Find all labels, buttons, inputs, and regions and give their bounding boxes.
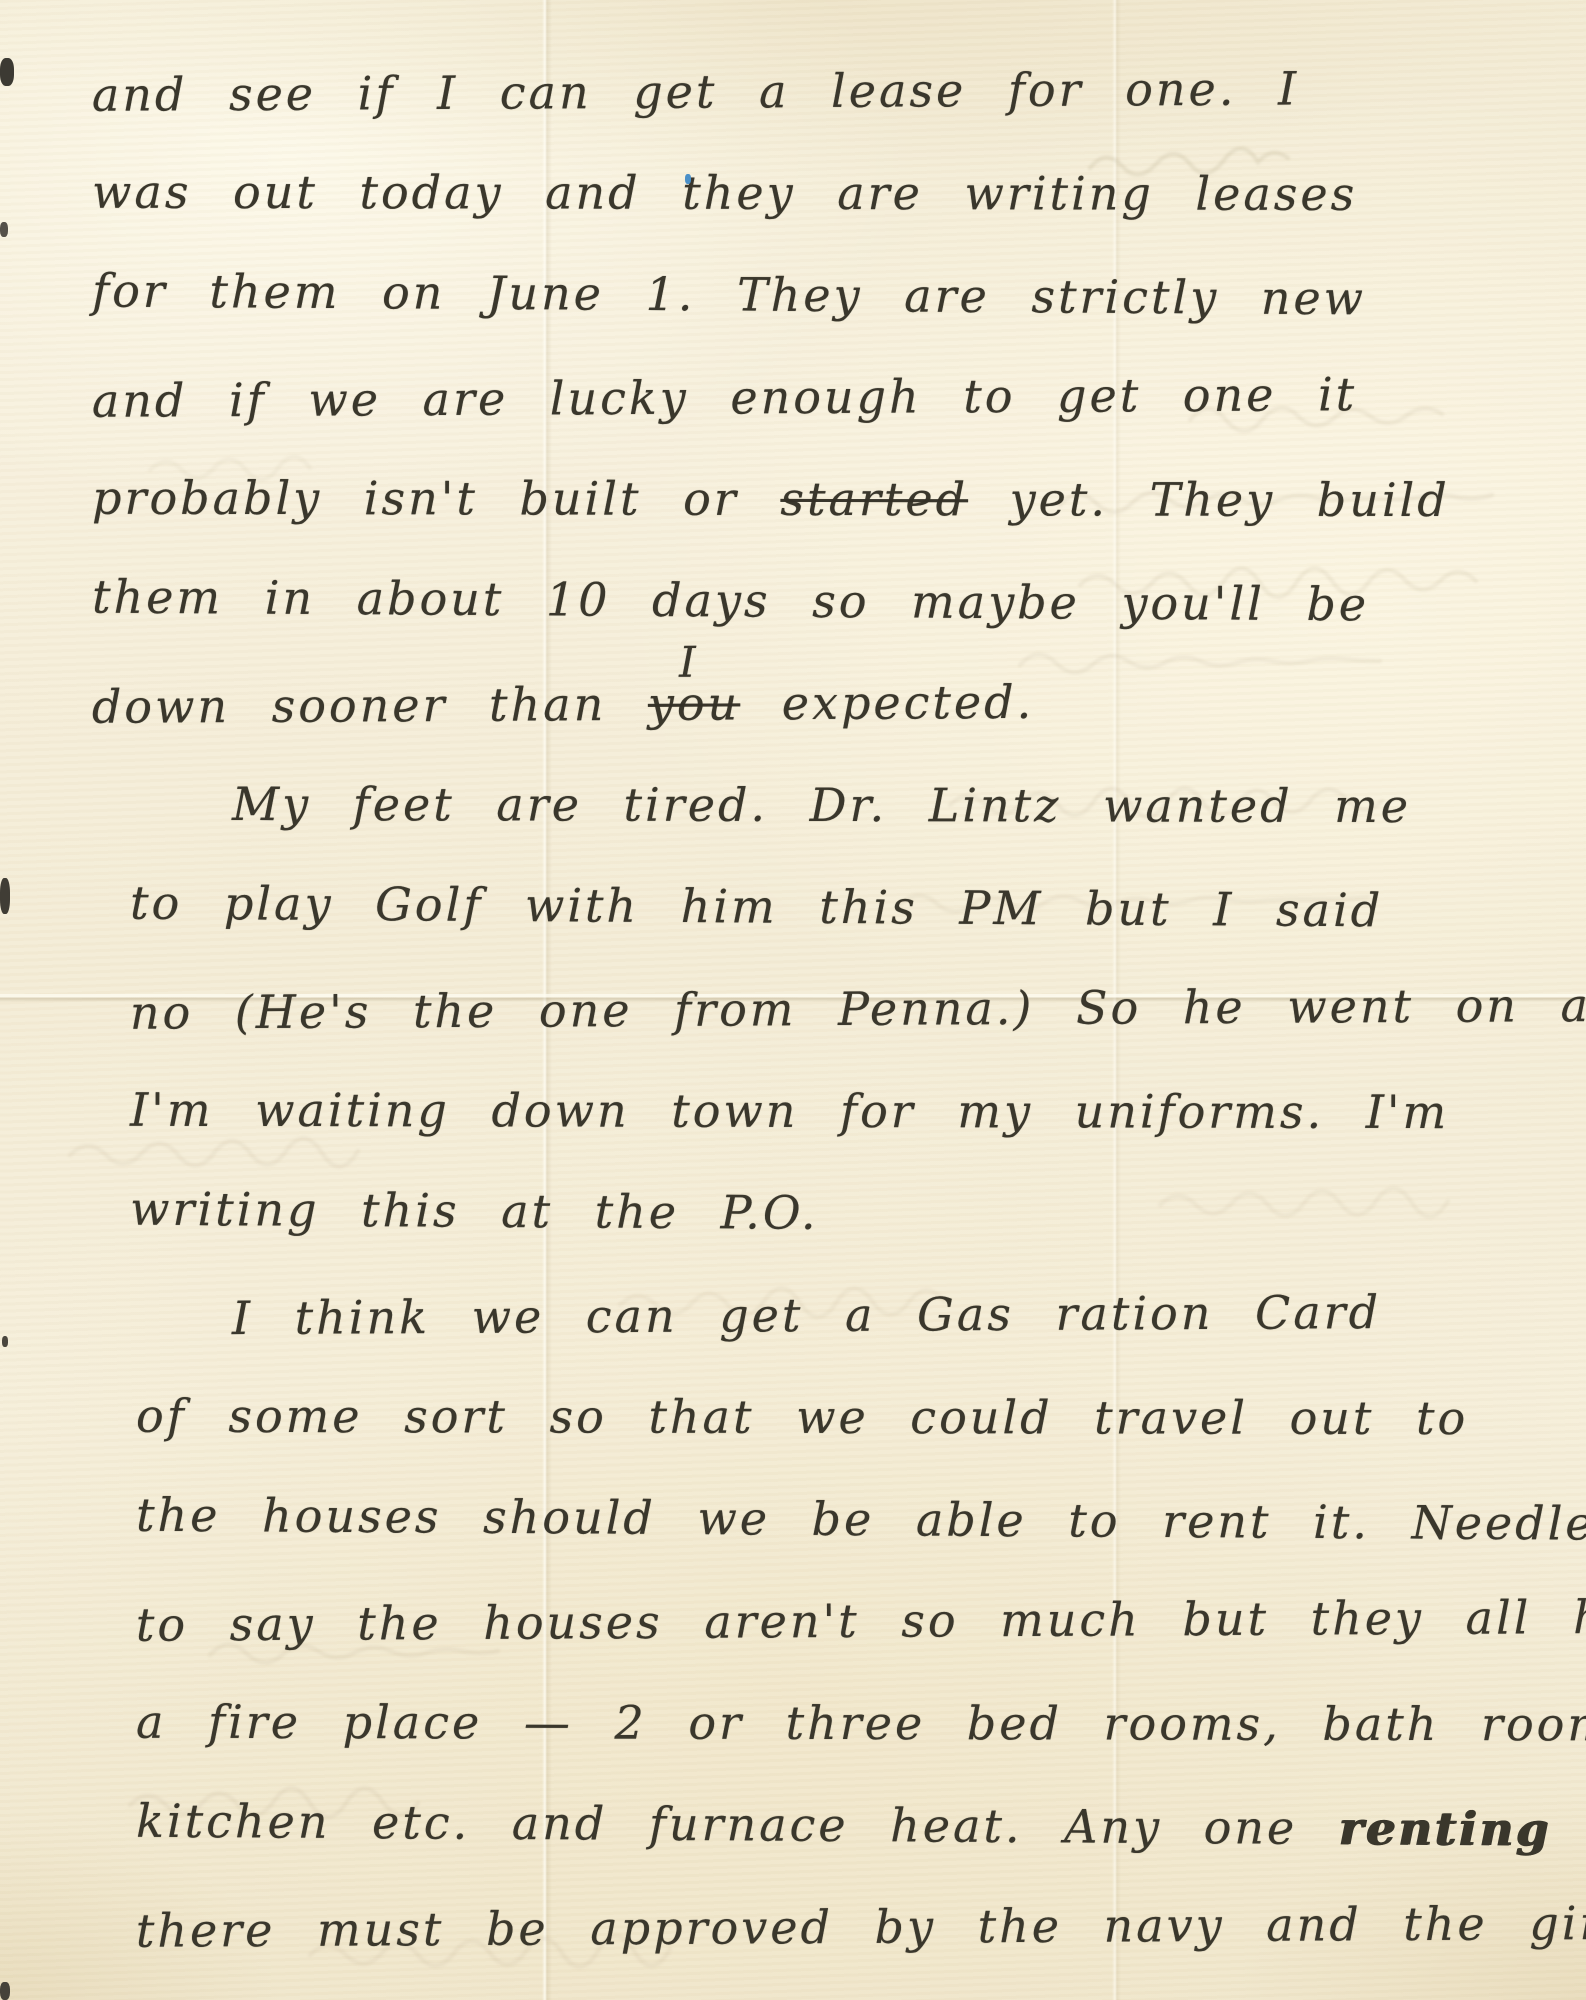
letter-line: down sooner than youI expected. [92, 672, 1547, 782]
letter-line: I think we can get a Gas ration Card [92, 1284, 1547, 1394]
handwritten-text: to play Golf with him this PM but I said [130, 876, 1383, 938]
handwritten-text: and if we are lucky enough to get one it [92, 367, 1358, 428]
paper-speck [0, 1982, 10, 2000]
handwritten-text: was out today and they are writing lease… [92, 165, 1357, 221]
letter-line: writing this at the P.O. [130, 1182, 1547, 1293]
scanned-letter-page: { "document_type": "handwritten cursive … [0, 0, 1586, 2000]
letter-line: the houses should we be able to rent it.… [136, 1488, 1547, 1599]
letter-line: to play Golf with him this PM but I said [130, 876, 1547, 987]
letter-line: a fire place — 2 or three bed rooms, bat… [136, 1695, 1546, 1799]
letter-line: kitchen etc. and furnace heat. Any one r… [136, 1794, 1547, 1905]
handwritten-text: My feet are tired. Dr. Lintz wanted me [232, 777, 1411, 833]
handwritten-text: for them on June 1. They are strictly ne… [92, 264, 1366, 326]
blue-ink-dot [685, 174, 691, 184]
letter-line: no (He's the one from Penna.) So he went… [130, 978, 1547, 1087]
struck-word: youI [648, 676, 741, 730]
handwritten-text: down sooner than [92, 677, 648, 734]
letter-line: and see if I can get a lease for one. I [92, 60, 1547, 170]
handwritten-text: expected. [740, 675, 1034, 731]
paper-speck [0, 878, 10, 914]
paper-speck [0, 58, 14, 86]
handwritten-text: the houses should we be able to rent it.… [136, 1488, 1586, 1551]
handwritten-text: no (He's the one from Penna.) So he went… [130, 978, 1586, 1040]
overwritten-word: renting [1339, 1801, 1552, 1856]
handwritten-text: kitchen etc. and furnace heat. Any one [136, 1794, 1339, 1855]
letter-line: I'm waiting down town for my uniforms. I… [130, 1083, 1546, 1187]
letter-line: them in about 10 days so maybe you'll be [92, 570, 1547, 681]
letter-line: probably isn't built or started yet. The… [92, 471, 1546, 576]
letter-line: My feet are tired. Dr. Lintz wanted me [92, 777, 1546, 882]
handwritten-text: I think we can get a Gas ration Card [232, 1285, 1382, 1345]
inserted-word-above: I [679, 638, 699, 687]
handwritten-text: to say the houses aren't so much but the… [136, 1590, 1586, 1652]
handwritten-text: them in about 10 days so maybe you'll be [92, 570, 1369, 632]
handwritten-text: I'm waiting down town for my uniforms. I… [130, 1083, 1449, 1139]
letter-line: and if we are lucky enough to get one it [92, 366, 1547, 476]
handwritten-text: of some sort so that we could travel out… [136, 1389, 1468, 1445]
letter-line: to say the houses aren't so much but the… [136, 1590, 1547, 1699]
handwritten-text: probably isn't built or [92, 471, 780, 526]
letter-line: was out today and they are writing lease… [92, 165, 1546, 270]
handwritten-text: a fire place — 2 or three bed rooms, bat… [136, 1695, 1586, 1752]
handwritten-text: yet. They build [968, 472, 1450, 527]
handwritten-text: there must be approved by the navy and t… [136, 1896, 1586, 1958]
handwritten-text: writing this at the P.O. [130, 1182, 819, 1240]
letter-line: there must be approved by the navy and t… [136, 1896, 1547, 2000]
letter-line: of some sort so that we could travel out… [136, 1389, 1546, 1493]
struck-word: started [780, 472, 968, 526]
letter-body: and see if I can get a lease for one. Iw… [0, 0, 1586, 2000]
paper-speck [2, 1336, 8, 1347]
handwritten-text: and see if I can get a lease for one. I [92, 61, 1300, 121]
letter-line: for them on June 1. They are strictly ne… [92, 264, 1547, 375]
paper-speck [0, 222, 8, 237]
